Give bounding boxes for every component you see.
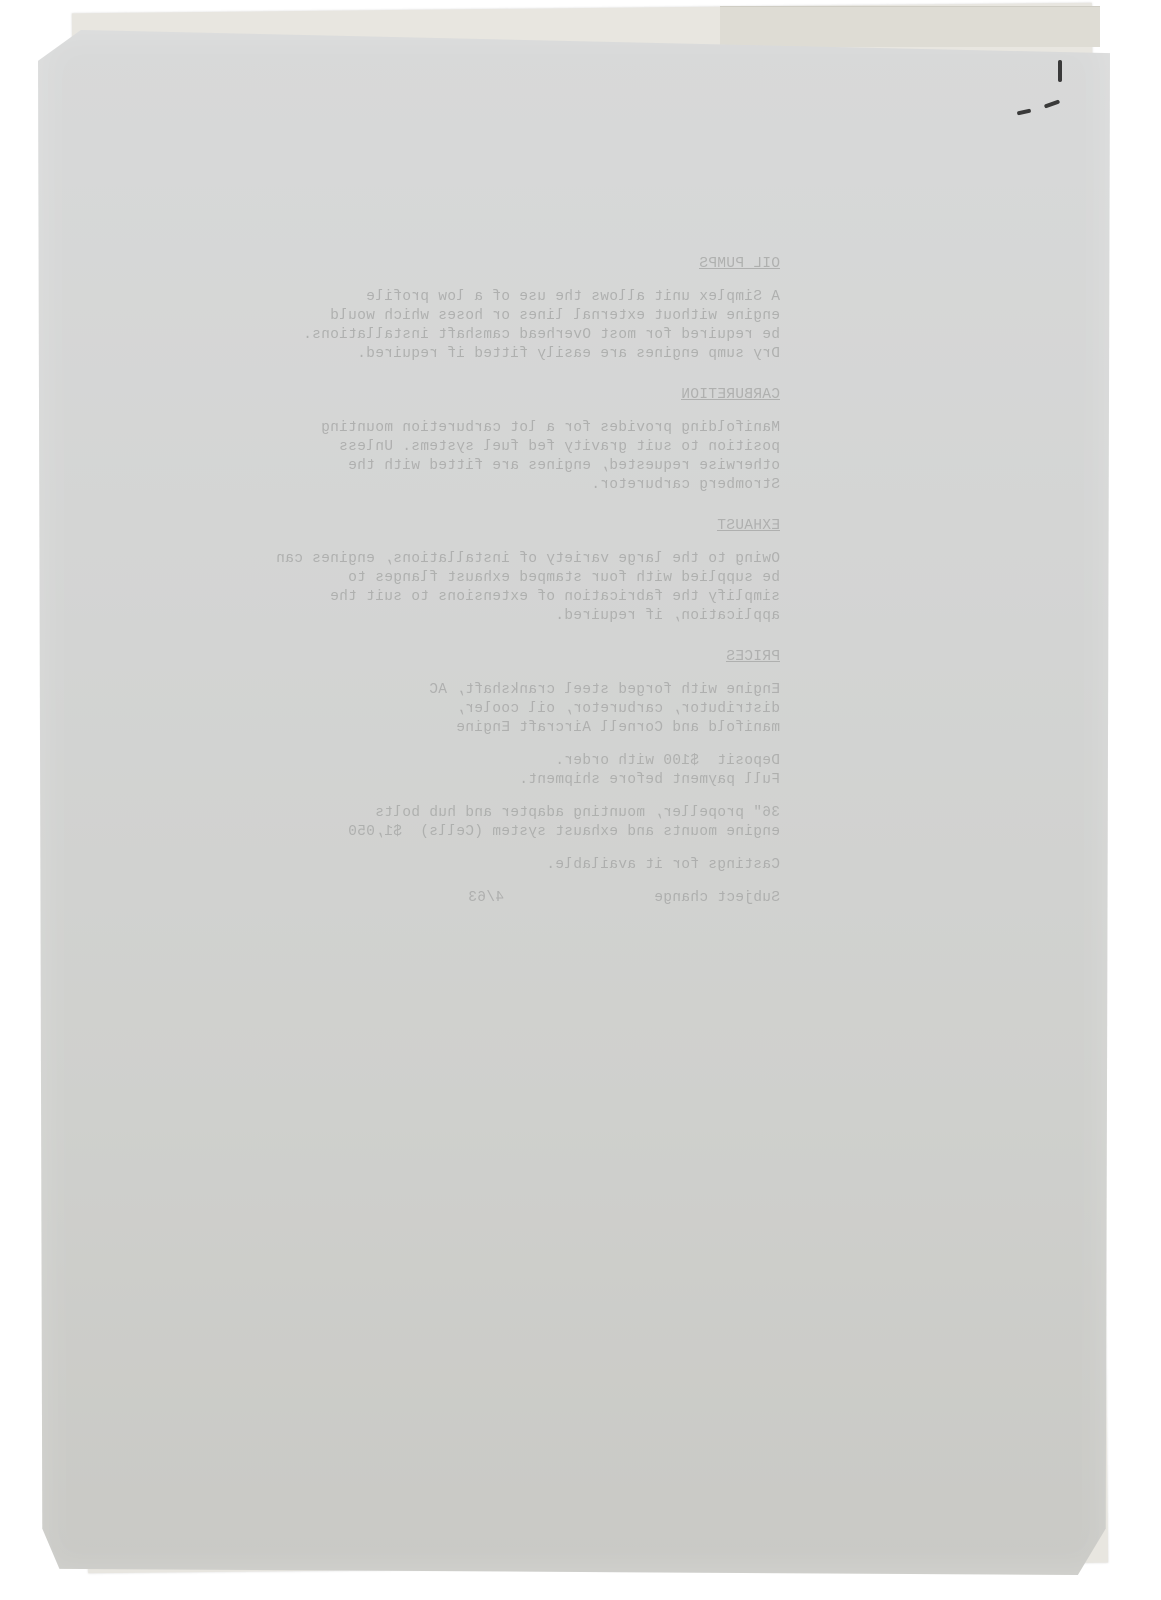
text-line: 36" propeller, mounting adapter and hub … <box>250 804 780 823</box>
section-heading: PRICES <box>250 648 780 667</box>
section-heading: EXHAUST <box>250 517 780 536</box>
payment-terms: Deposit $100 with order. Full payment be… <box>250 752 780 790</box>
section-body: Manifolding provides for a lot carbureti… <box>250 419 780 495</box>
castings-note: Castings for it available. <box>250 856 780 875</box>
text-line: distributor, carburetor, oil cooler, <box>250 700 780 719</box>
text-line: application, if required. <box>250 607 780 626</box>
text-line: Dry sump engines are easily fitted if re… <box>250 345 780 364</box>
text-line: Manifolding provides for a lot carbureti… <box>250 419 780 438</box>
staple-mark <box>1058 60 1062 82</box>
section-prices: PRICES Engine with forged steel cranksha… <box>250 648 780 908</box>
propeller-price: 36" propeller, mounting adapter and hub … <box>250 804 780 842</box>
text-line: otherwise requested, engines are fitted … <box>250 457 780 476</box>
text-line: simplify the fabrication of extensions t… <box>250 588 780 607</box>
section-carburetion: CARBURETION Manifolding provides for a l… <box>250 386 780 495</box>
text-line: Deposit $100 with order. <box>250 752 780 771</box>
footer-left: Subject change <box>654 890 780 906</box>
text-line: Stromberg carburetor. <box>250 476 780 495</box>
section-body: Owing to the large variety of installati… <box>250 550 780 626</box>
text-line: be required for most Overhead camshaft i… <box>250 326 780 345</box>
text-line: Engine with forged steel crankshaft, AC <box>250 681 780 700</box>
text-line: Owing to the large variety of installati… <box>250 550 780 569</box>
section-exhaust: EXHAUST Owing to the large variety of in… <box>250 517 780 626</box>
text-line: engine without external lines or hoses w… <box>250 307 780 326</box>
text-line: Full payment before shipment. <box>250 771 780 790</box>
text-line: engine mounts and exhaust system (Cells)… <box>250 823 780 842</box>
text-line: A Simplex unit allows the use of a low p… <box>250 288 780 307</box>
section-heading: CARBURETION <box>250 386 780 405</box>
section-oil-pumps: OIL PUMPS A Simplex unit allows the use … <box>250 255 780 364</box>
footer-line: Subject change4/63 <box>250 889 780 908</box>
footer-date: 4/63 <box>468 890 504 906</box>
text-line: manifold and Cornell Aircraft Engine <box>250 719 780 738</box>
section-body: Engine with forged steel crankshaft, AC … <box>250 681 780 738</box>
text-line: be supplied with four stamped exhaust fl… <box>250 569 780 588</box>
section-heading: OIL PUMPS <box>250 255 780 274</box>
mirrored-showthrough-text: OIL PUMPS A Simplex unit allows the use … <box>250 255 780 930</box>
text-line: position to suit gravity fed fuel system… <box>250 438 780 457</box>
sheet-top-edge <box>720 6 1100 47</box>
section-body: A Simplex unit allows the use of a low p… <box>250 288 780 364</box>
